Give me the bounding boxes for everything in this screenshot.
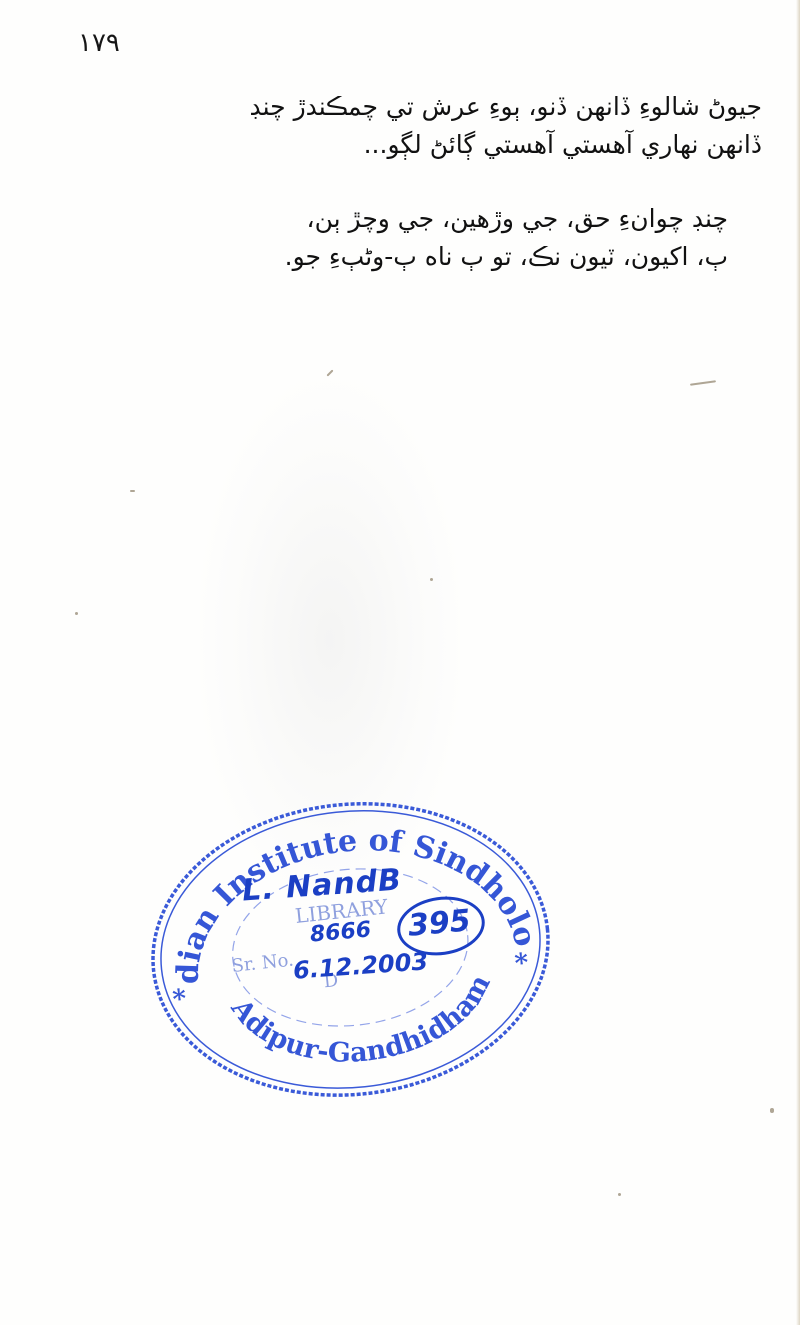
handwritten-circled-number: 395 <box>407 903 472 943</box>
stamp-star-right: * <box>513 948 530 979</box>
paragraph-2: چنڊ چوانءِ حق، جي وڙهين، جي وچڙ ٻن، ٻ، ا… <box>88 200 728 276</box>
paper-speck <box>618 1193 621 1196</box>
page-number: ١٧٩ <box>78 28 120 58</box>
text-line: جيوڻ شالوءِ ڏانهن ڏنو، ٻوءِ عرش تي چمڪند… <box>72 88 762 126</box>
paper-speck <box>690 380 716 386</box>
stamp-faint-line: Sr. No. <box>231 950 295 977</box>
text-line: ڏانهن نهاري آهستي آهستي ڳائڻ لڳو... <box>72 126 762 164</box>
text-line: ٻ، اکيون، ٽيون نڪ، تو ٻ ناه ٻ-وڻٻءِ جو. <box>88 238 728 276</box>
stamp-star-left: * <box>171 984 188 1015</box>
scanned-book-page: ١٧٩ جيوڻ شالوءِ ڏانهن ڏنو، ٻوءِ عرش تي چ… <box>0 0 800 1325</box>
text-line: چنڊ چوانءِ حق، جي وڙهين، جي وچڙ ٻن، <box>88 200 728 238</box>
library-stamp: Indian Institute of Sindhology Adipur-Ga… <box>125 769 565 1120</box>
paper-speck <box>770 1108 774 1113</box>
paper-speck <box>75 612 78 615</box>
paragraph-1: جيوڻ شالوءِ ڏانهن ڏنو، ٻوءِ عرش تي چمڪند… <box>72 88 762 164</box>
paper-speck <box>430 578 433 581</box>
paper-speck <box>326 369 333 376</box>
stamp-graphic: Indian Institute of Sindhology Adipur-Ga… <box>125 769 565 1120</box>
paper-speck <box>130 490 135 492</box>
handwritten-accession-number: 8666 <box>309 917 372 947</box>
